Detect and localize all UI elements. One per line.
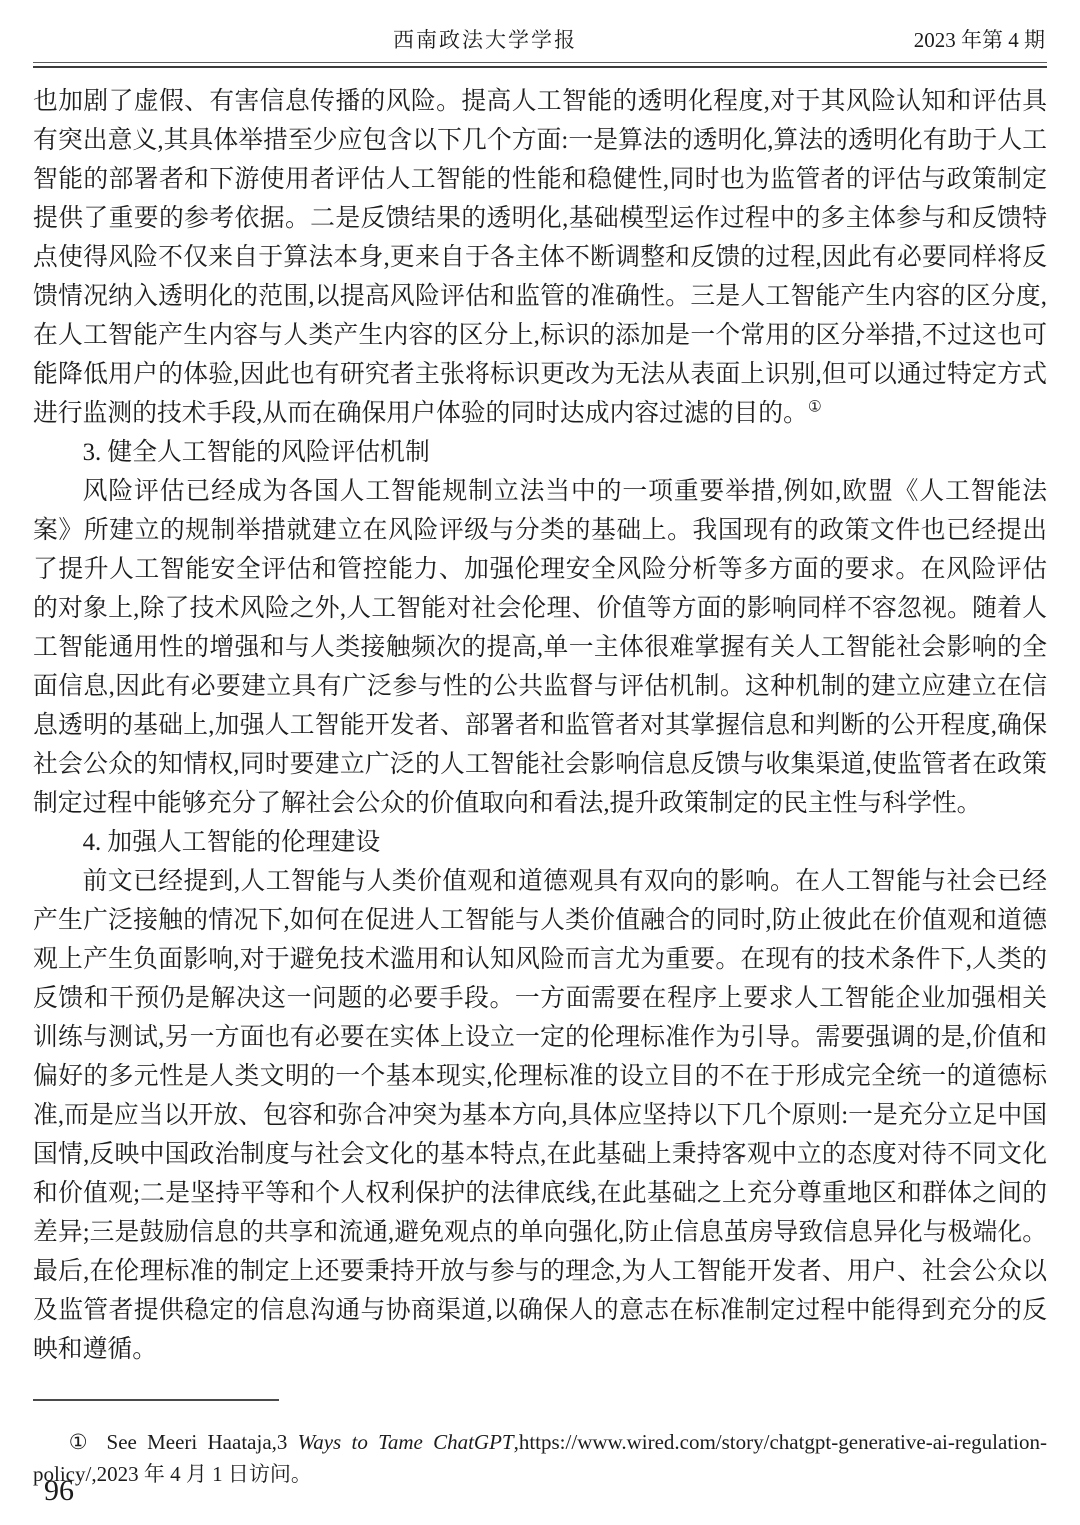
paragraph-ethics: 前文已经提到,人工智能与人类价值观和道德观具有双向的影响。在人工智能与社会已经产… <box>33 862 1047 1369</box>
article-body: 也加剧了虚假、有害信息传播的风险。提高人工智能的透明化程度,对于其风险认知和评估… <box>33 82 1047 1369</box>
footnote-1: ①See Meeri Haataja,3 Ways to Tame ChatGP… <box>33 1426 1047 1490</box>
section-heading-risk-assessment: 3. 健全人工智能的风险评估机制 <box>33 433 1047 472</box>
header-rule <box>33 62 1047 68</box>
footnote-separator-rule <box>33 1399 279 1401</box>
journal-title: 西南政法大学学报 <box>0 24 992 54</box>
section-heading-ethics: 4. 加强人工智能的伦理建设 <box>33 823 1047 862</box>
paragraph-transparency-measures: 也加剧了虚假、有害信息传播的风险。提高人工智能的透明化程度,对于其风险认知和评估… <box>33 82 1047 433</box>
paragraph-risk-assessment: 风险评估已经成为各国人工智能规制立法当中的一项重要举措,例如,欧盟《人工智能法案… <box>33 472 1047 823</box>
footnote-text-leading: See Meeri Haataja,3 <box>107 1430 298 1454</box>
issue-info: 2023 年第 4 期 <box>914 24 1045 54</box>
journal-page: 西南政法大学学报 2023 年第 4 期 也加剧了虚假、有害信息传播的风险。提高… <box>0 0 1080 1525</box>
footnote-marker: ① <box>69 1430 93 1454</box>
footnote-reference-mark: ① <box>808 399 822 416</box>
paragraph-text: 也加剧了虚假、有害信息传播的风险。提高人工智能的透明化程度,对于其风险认知和评估… <box>33 88 1047 427</box>
page-number: 96 <box>44 1474 74 1508</box>
footnote-article-title: Ways to Tame ChatGPT <box>298 1430 514 1454</box>
page-header: 西南政法大学学报 2023 年第 4 期 <box>33 24 1047 58</box>
